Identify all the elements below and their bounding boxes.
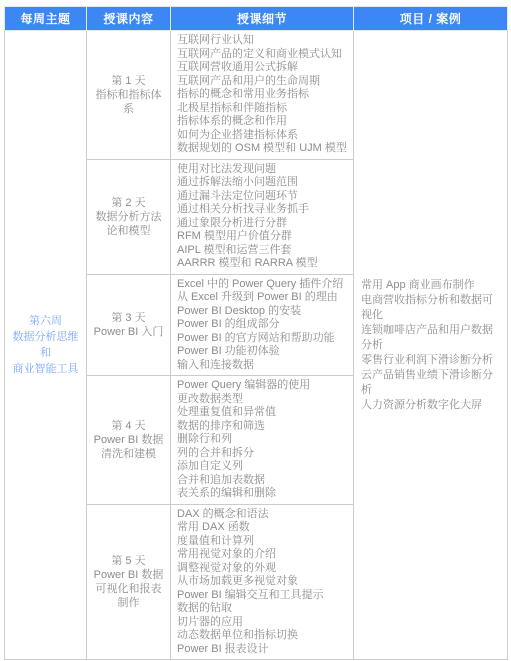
col-header-details: 授课细节 <box>171 7 354 31</box>
day-5-label-cell: 第 5 天 Power BI 数据可视化和报表制作 <box>87 504 171 660</box>
day-4-label-cell: 第 4 天 Power BI 数据清洗和建模 <box>87 376 171 505</box>
col-header-weekly-theme: 每周主题 <box>5 7 87 31</box>
header-row: 每周主题 授课内容 授课细节 项目 / 案例 <box>5 7 508 31</box>
day-2-details-cell: 使用对比法发现问题 通过拆解法缩小问题范围 通过漏斗法定位问题环节 通过相关分析… <box>171 159 354 274</box>
weekly-theme-cell: 第六周 数据分析思维 和 商业智能工具 <box>5 31 87 660</box>
day-3-details-cell: Excel 中的 Power Query 插件介绍 从 Excel 升级到 Po… <box>171 274 354 376</box>
curriculum-table: 每周主题 授课内容 授课细节 项目 / 案例 第六周 数据分析思维 和 商业智能… <box>4 6 508 660</box>
day-5-details-cell: DAX 的概念和语法 常用 DAX 函数 度量值和计算列 常用视觉对象的介绍 调… <box>171 504 354 660</box>
day-4-details-cell: Power Query 编辑器的使用 更改数据类型 处理重复值和异常值 数据的排… <box>171 376 354 505</box>
projects-cell: 常用 App 商业画布制作 电商营收指标分析和数据可视化 连锁咖啡店产品和用户数… <box>354 31 508 660</box>
page: 每周主题 授课内容 授课细节 项目 / 案例 第六周 数据分析思维 和 商业智能… <box>0 0 511 661</box>
day-1-details-cell: 互联网行业认知 互联网产品的定义和商业模式认知 互联网营收通用公式拆解 互联网产… <box>171 31 354 160</box>
table-row-day-1: 第六周 数据分析思维 和 商业智能工具 第 1 天 指标和指标体系 互联网行业认… <box>5 31 508 160</box>
col-header-content: 授课内容 <box>87 7 171 31</box>
col-header-projects: 项目 / 案例 <box>354 7 508 31</box>
day-1-label-cell: 第 1 天 指标和指标体系 <box>87 31 171 160</box>
day-2-label-cell: 第 2 天 数据分析方法论和模型 <box>87 159 171 274</box>
day-3-label-cell: 第 3 天 Power BI 入门 <box>87 274 171 376</box>
